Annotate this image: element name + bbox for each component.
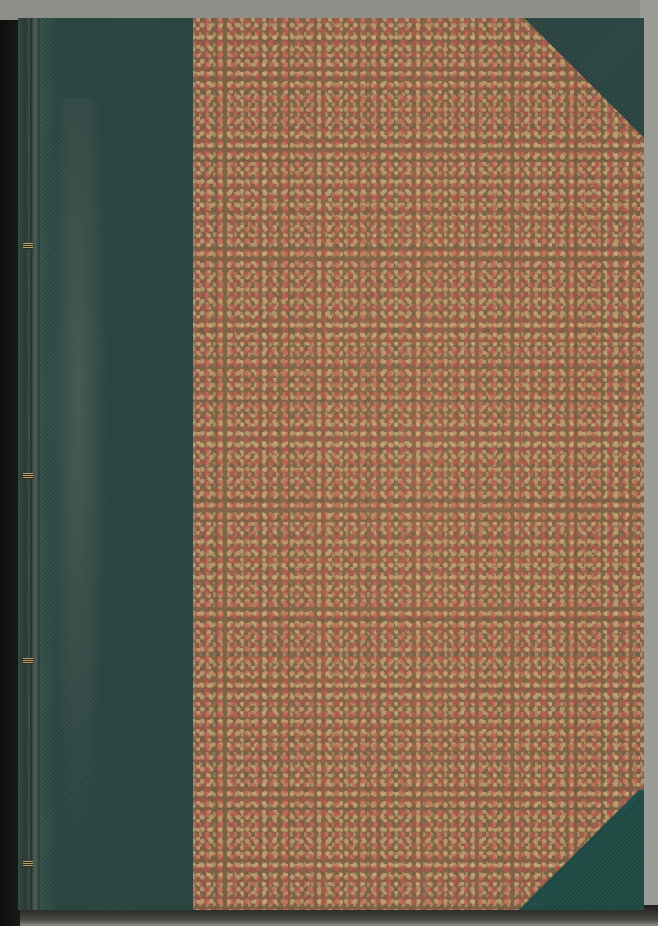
spine-edge	[30, 18, 40, 910]
spine-band-icon	[23, 658, 33, 664]
marbled-paper-board	[178, 18, 644, 910]
cloth-spine	[18, 18, 193, 910]
spine-wear	[48, 98, 108, 858]
spine-band-icon	[23, 243, 33, 249]
spine-band-icon	[23, 473, 33, 479]
book-cover	[18, 18, 644, 910]
spine-band-icon	[23, 861, 33, 867]
corner-cloth-bottom-right	[514, 790, 644, 910]
corner-cloth-top-right	[524, 18, 644, 138]
